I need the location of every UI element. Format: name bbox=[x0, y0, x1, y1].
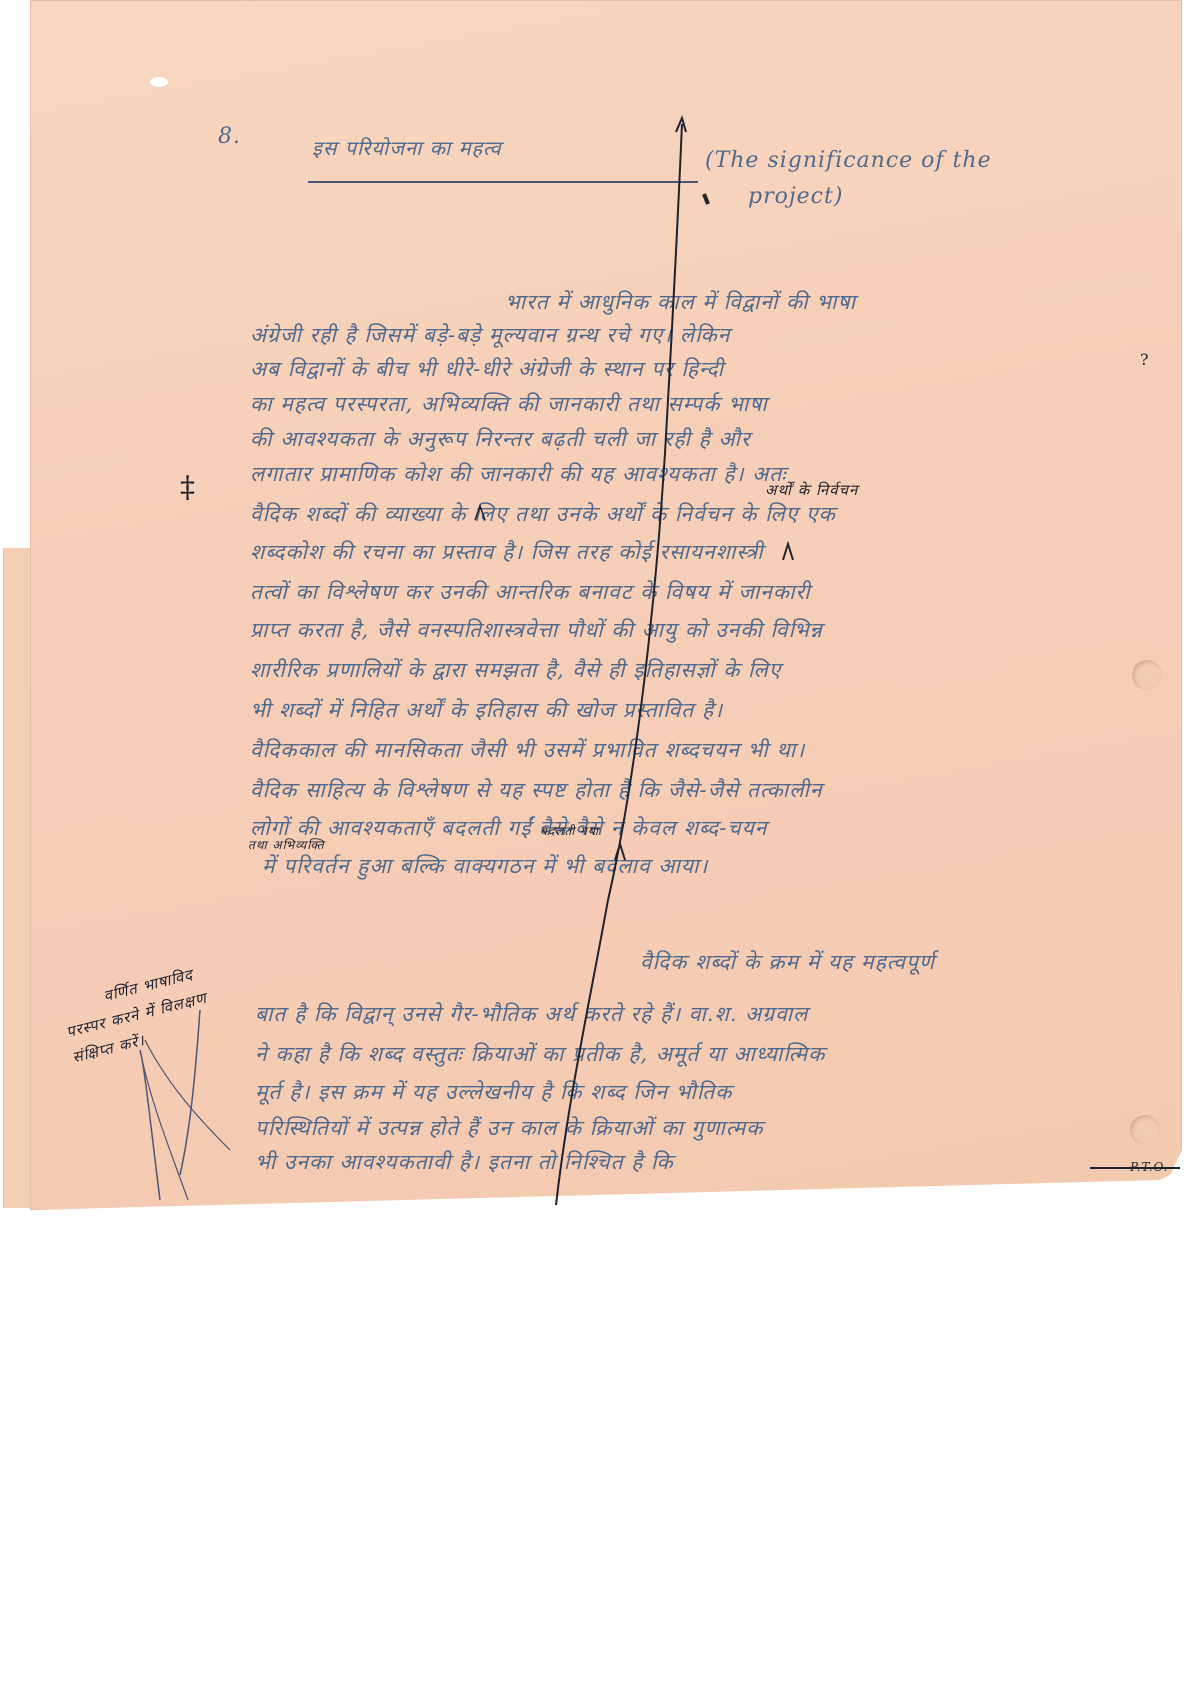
pen-strokes bbox=[0, 0, 1200, 1697]
vertical-pen-line bbox=[556, 124, 682, 1205]
margin-slash bbox=[180, 1010, 200, 1175]
margin-slash bbox=[140, 1050, 160, 1200]
ink-spot bbox=[704, 194, 708, 204]
caret-icon bbox=[475, 506, 485, 520]
caret-icon bbox=[615, 844, 625, 860]
caret-icon bbox=[783, 544, 793, 560]
